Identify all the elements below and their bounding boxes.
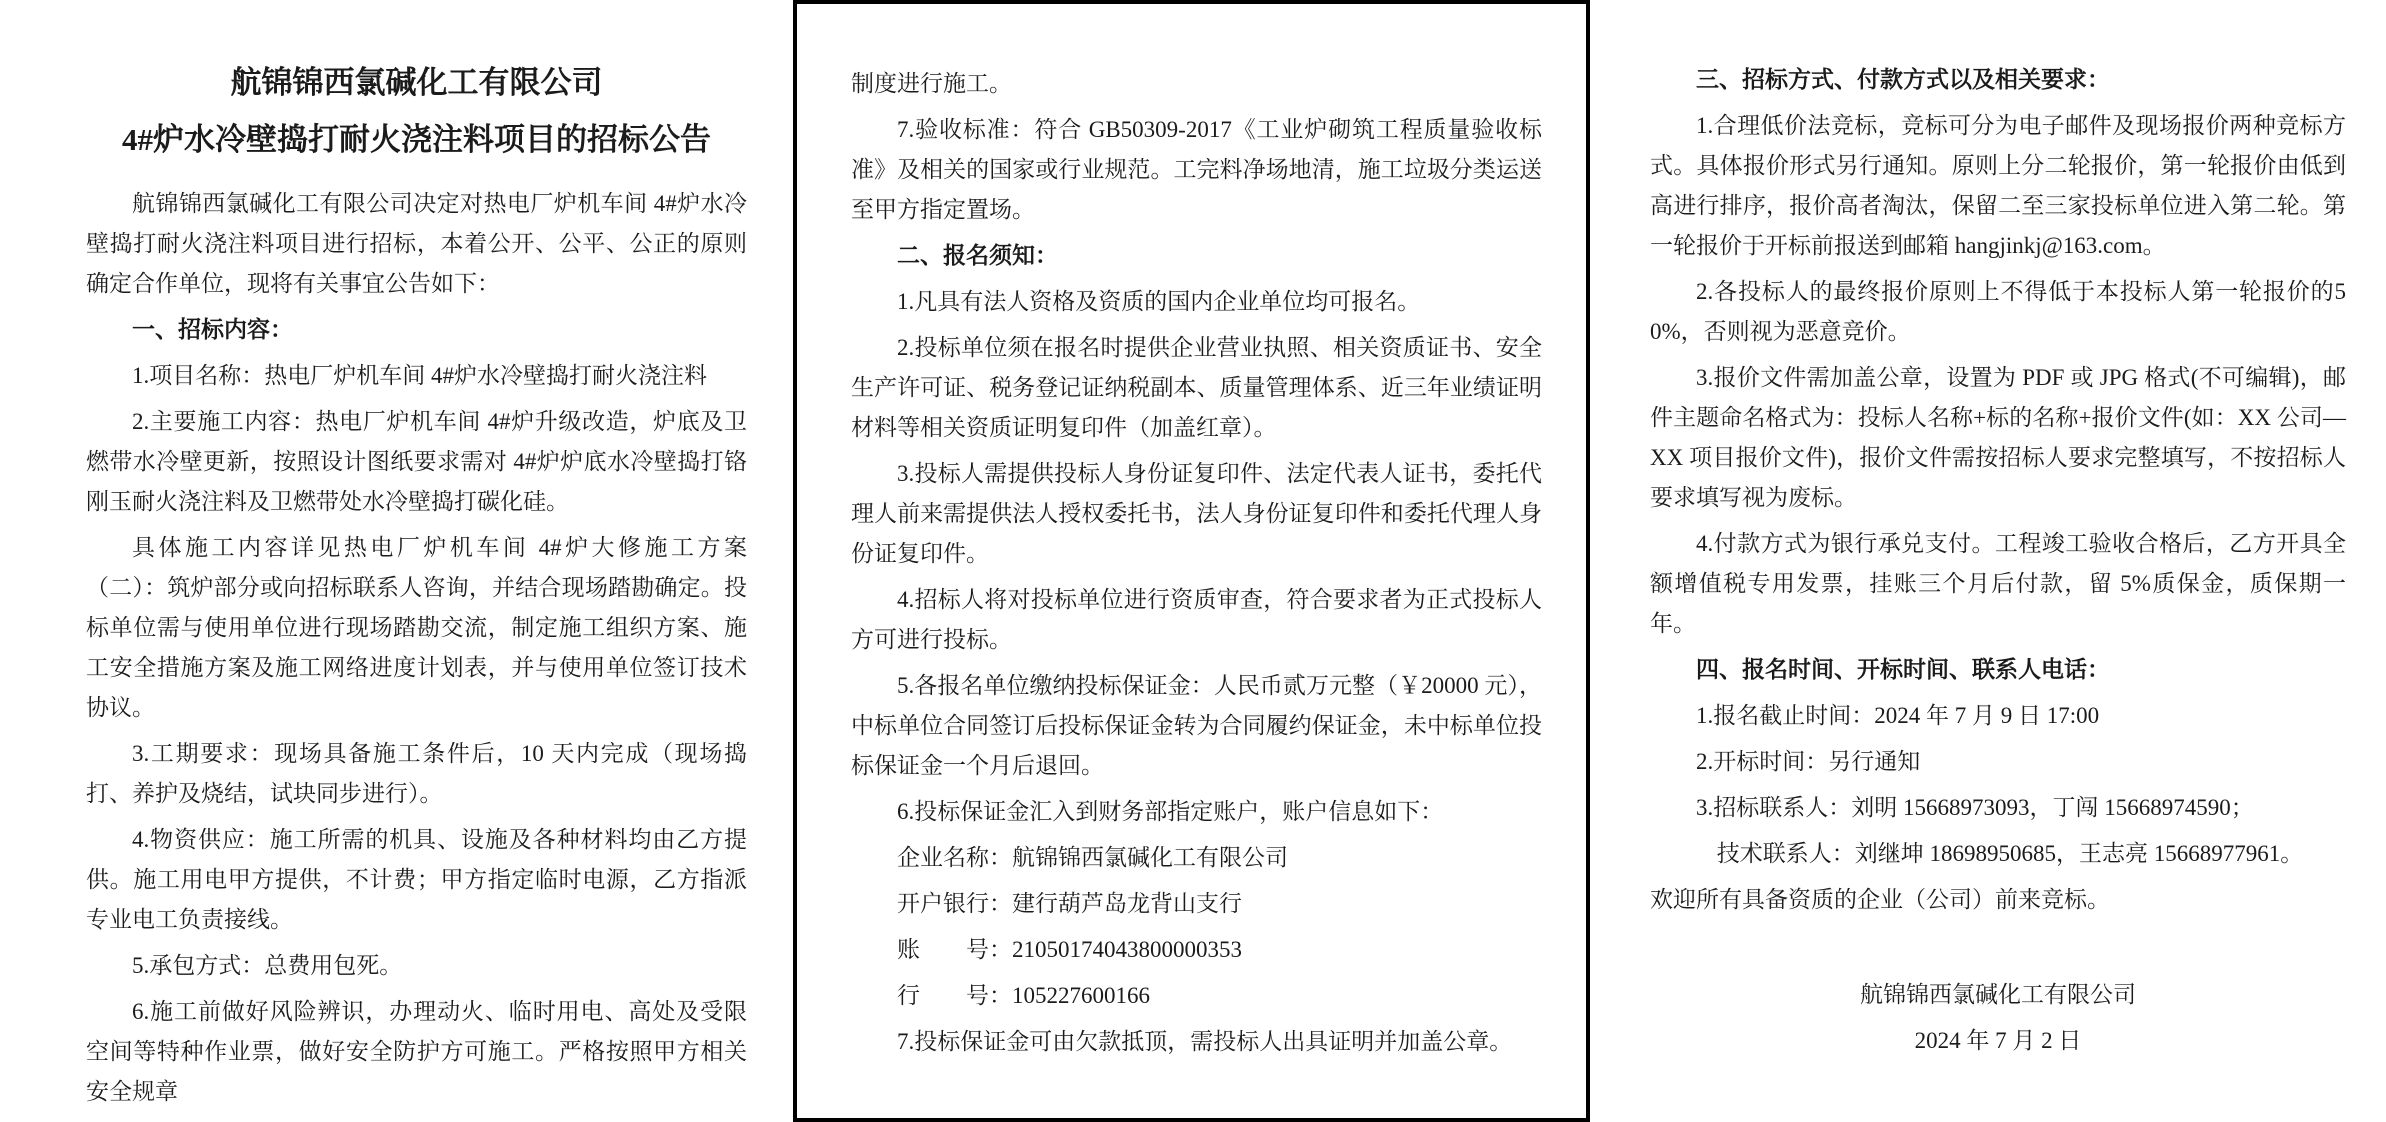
sec4-item-registration-deadline: 1.报名截止时间：2024 年 7 月 9 日 17:00 (1650, 696, 2346, 736)
section-3-heading: 三、招标方式、付款方式以及相关要求： (1650, 60, 2346, 100)
signature-company: 航锦锦西氯碱化工有限公司 (1690, 972, 2306, 1018)
closing-line: 欢迎所有具备资质的企业（公司）前来竞标。 (1650, 880, 2346, 920)
sec2-item-id-documents: 3.投标人需提供投标人身份证复印件、法定代表人证书，委托代理人前来需提供法人授权… (851, 454, 1542, 574)
sec1-item-scope: 2.主要施工内容：热电厂炉机车间 4#炉升级改造，炉底及卫燃带水冷壁更新，按照设… (86, 402, 747, 522)
section-2-heading: 二、报名须知： (851, 236, 1542, 276)
sec1-item-acceptance: 7.验收标准：符合 GB50309-2017《工业炉砌筑工程质量验收标准》及相关… (851, 110, 1542, 230)
page-2: 制度进行施工。 7.验收标准：符合 GB50309-2017《工业炉砌筑工程质量… (793, 0, 1590, 1122)
sec1-item-scope-detail: 具体施工内容详见热电厂炉机车间 4#炉大修施工方案（二）：筑炉部分或向招标联系人… (86, 528, 747, 728)
doc-title-line-1: 航锦锦西氯碱化工有限公司 (86, 54, 747, 111)
intro-paragraph: 航锦锦西氯碱化工有限公司决定对热电厂炉机车间 4#炉水冷壁捣打耐火浇注料项目进行… (86, 184, 747, 304)
bank-routing-number: 行 号：105227600166 (851, 976, 1542, 1016)
sec2-item-bid-bond: 5.各报名单位缴纳投标保证金：人民币贰万元整（￥20000 元），中标单位合同签… (851, 666, 1542, 786)
sec1-item-materials: 4.物资供应：施工所需的机具、设施及各种材料均由乙方提供。施工用电甲方提供，不计… (86, 820, 747, 940)
account-bank-name: 开户银行：建行葫芦岛龙背山支行 (851, 884, 1542, 924)
sec4-item-tech-contacts: 技术联系人：刘继坤 18698950685，王志亮 15668977961。 (1650, 834, 2346, 874)
account-number: 账 号：21050174043800000353 (851, 930, 1542, 970)
signature-block: 航锦锦西氯碱化工有限公司 2024 年 7 月 2 日 (1650, 972, 2346, 1064)
sec2-item-credentials: 2.投标单位须在报名时提供企业营业执照、相关资质证书、安全生产许可证、税务登记证… (851, 328, 1542, 448)
document-viewer: 航锦锦西氯碱化工有限公司 4#炉水冷壁捣打耐火浇注料项目的招标公告 航锦锦西氯碱… (0, 0, 2386, 1122)
account-company-name: 企业名称：航锦锦西氯碱化工有限公司 (851, 838, 1542, 878)
sec2-item-bond-transfer: 6.投标保证金汇入到财务部指定账户，账户信息如下： (851, 792, 1542, 832)
sec1-item-contract-mode: 5.承包方式：总费用包死。 (86, 946, 747, 986)
continuation-line: 制度进行施工。 (851, 64, 1542, 104)
sec2-item-eligibility: 1.凡具有法人资格及资质的国内企业单位均可报名。 (851, 282, 1542, 322)
page-1: 航锦锦西氯碱化工有限公司 4#炉水冷壁捣打耐火浇注料项目的招标公告 航锦锦西氯碱… (0, 0, 793, 1122)
sec3-item-price-floor: 2.各投标人的最终报价原则上不得低于本投标人第一轮报价的50%，否则视为恶意竞价… (1650, 272, 2346, 352)
sec3-item-payment-terms: 4.付款方式为银行承兑支付。工程竣工验收合格后，乙方开具全额增值税专用发票，挂账… (1650, 524, 2346, 644)
sec1-item-safety: 6.施工前做好风险辨识，办理动火、临时用电、高处及受限空间等特种作业票，做好安全… (86, 992, 747, 1112)
doc-title-line-2: 4#炉水冷壁捣打耐火浇注料项目的招标公告 (86, 111, 747, 168)
sec1-item-project-name: 1.项目名称：热电厂炉机车间 4#炉水冷壁捣打耐火浇注料 (86, 356, 747, 396)
section-4-heading: 四、报名时间、开标时间、联系人电话： (1650, 650, 2346, 690)
sec4-item-opening-time: 2.开标时间：另行通知 (1650, 742, 2346, 782)
sec2-item-qualification-review: 4.招标人将对投标单位进行资质审查，符合要求者为正式投标人方可进行投标。 (851, 580, 1542, 660)
sec4-item-bid-contacts: 3.招标联系人：刘明 15668973093，丁闯 15668974590； (1650, 788, 2346, 828)
sec3-item-file-format: 3.报价文件需加盖公章，设置为 PDF 或 JPG 格式(不可编辑)，邮件主题命… (1650, 358, 2346, 518)
sec1-item-schedule: 3.工期要求：现场具备施工条件后，10 天内完成（现场捣打、养护及烧结，试块同步… (86, 734, 747, 814)
sec3-item-bidding-method: 1.合理低价法竞标，竞标可分为电子邮件及现场报价两种竞标方式。具体报价形式另行通… (1650, 106, 2346, 266)
sec2-item-bond-offset: 7.投标保证金可由欠款抵顶，需投标人出具证明并加盖公章。 (851, 1022, 1542, 1062)
signature-date: 2024 年 7 月 2 日 (1690, 1018, 2306, 1064)
section-1-heading: 一、招标内容： (86, 310, 747, 350)
page-3: 三、招标方式、付款方式以及相关要求： 1.合理低价法竞标，竞标可分为电子邮件及现… (1590, 0, 2386, 1122)
